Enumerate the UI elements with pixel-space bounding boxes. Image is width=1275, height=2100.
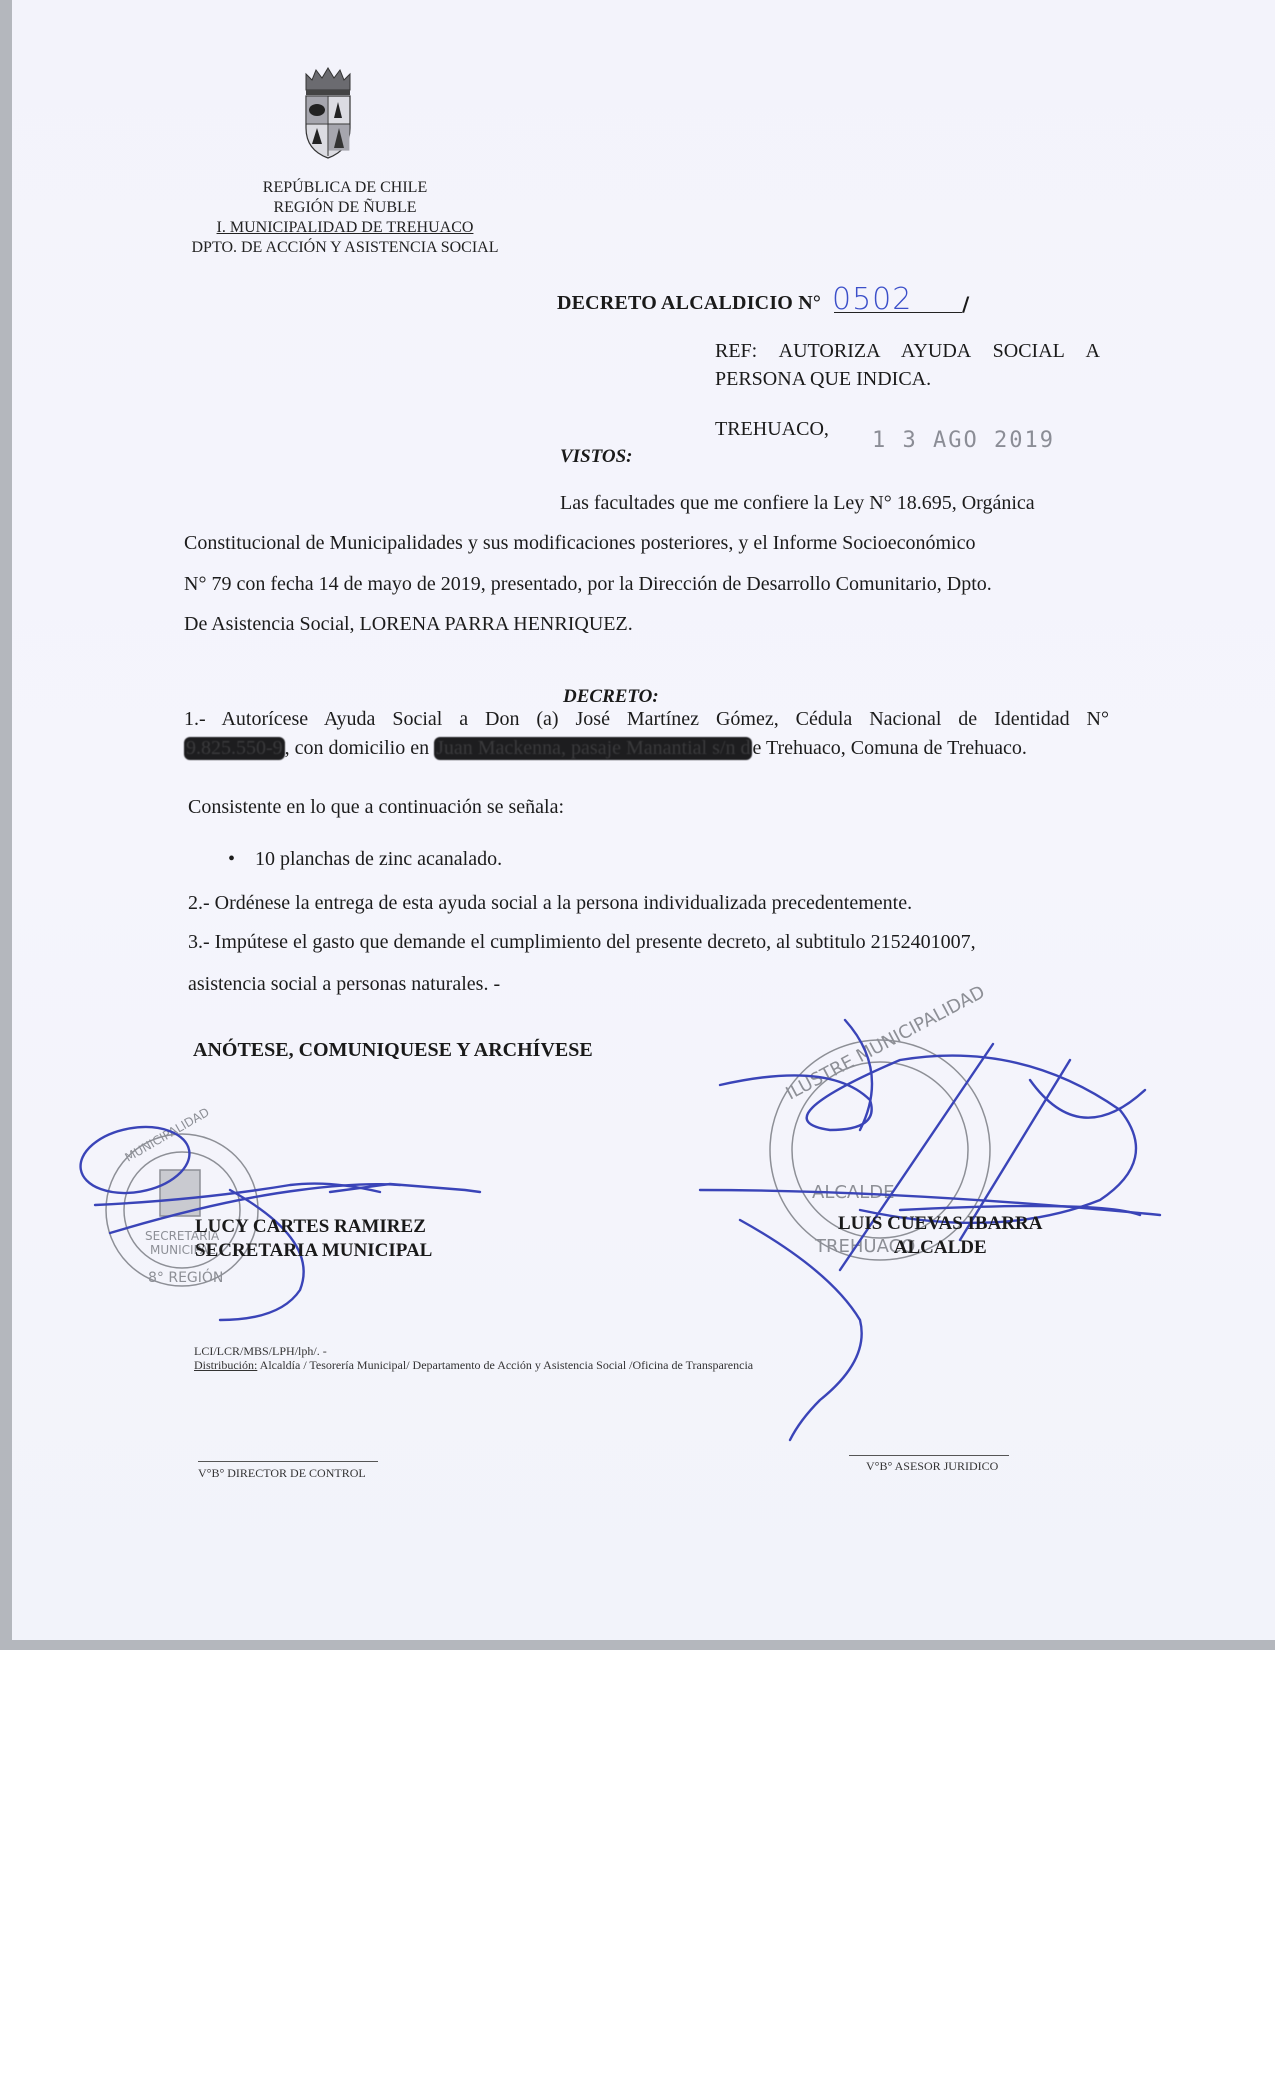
legal-approval-label: V°B° ASESOR JURIDICO — [866, 1459, 998, 1474]
decree-number-handwritten: 0502 — [832, 282, 912, 317]
municipal-coat-of-arms-icon — [298, 66, 358, 162]
consistente-text: Consistente en lo que a continuación se … — [188, 796, 564, 819]
vistos-line: N° 79 con fecha 14 de mayo de 2019, pres… — [184, 573, 992, 596]
vistos-line: Constitucional de Municipalidades y sus … — [184, 532, 975, 555]
vistos-line: Las facultades que me confiere la Ley N°… — [560, 492, 1035, 515]
decree-title: DECRETO ALCALDICIO N° — [557, 292, 821, 315]
secretary-signature-block: LUCY CARTES RAMIREZ SECRETARIA MUNICIPAL — [195, 1215, 432, 1263]
distribution-recipients: Alcaldía / Tesorería Municipal/ Departam… — [257, 1358, 753, 1372]
date-stamp: 1 3 AGO 2019 — [872, 428, 1055, 453]
decree-place: TREHUACO, — [715, 418, 829, 441]
legal-approval-line — [849, 1455, 1009, 1456]
decree-number-slash: / — [962, 292, 969, 316]
letterhead-region: REGIÓN DE ÑUBLE — [170, 198, 520, 218]
letterhead-department: DPTO. DE ACCIÓN Y ASISTENCIA SOCIAL — [170, 238, 520, 258]
control-approval-line — [198, 1461, 378, 1462]
bullet-icon: • — [228, 848, 255, 870]
article-1-line-1: 1.- Autorícese Ayuda Social a Don (a) Jo… — [184, 708, 1109, 731]
vistos-line: De Asistencia Social, LORENA PARRA HENRI… — [184, 613, 633, 636]
redacted-address: Juan Mackenna, pasaje Manantial s/n d — [434, 737, 752, 760]
article-1-end: e Trehuaco, Comuna de Trehuaco. — [752, 737, 1026, 759]
mayor-role: ALCALDE — [838, 1236, 1042, 1260]
aid-item: • 10 planchas de zinc acanalado. — [228, 848, 502, 871]
letterhead: REPÚBLICA DE CHILE REGIÓN DE ÑUBLE I. MU… — [170, 178, 520, 258]
article-3-line-1: 3.- Impútese el gasto que demande el cum… — [188, 931, 976, 954]
redacted-id-number: 9.825.550-9 — [184, 737, 285, 760]
decree-reference: REF: AUTORIZA AYUDA SOCIAL A PERSONA QUE… — [715, 337, 1100, 393]
vistos-heading: VISTOS: — [560, 446, 633, 468]
article-1-line-2: 9.825.550-9, con domicilio en Juan Macke… — [184, 737, 1027, 760]
distribution-list: Distribución: Alcaldía / Tesorería Munic… — [194, 1358, 753, 1373]
letterhead-municipality: I. MUNICIPALIDAD DE TREHUACO — [170, 218, 520, 238]
mayor-name: LUIS CUEVAS IBARRA — [838, 1212, 1042, 1236]
distribution-label: Distribución: — [194, 1358, 257, 1372]
decreto-heading: DECRETO: — [563, 686, 659, 708]
article-3-line-2: asistencia social a personas naturales. … — [188, 973, 500, 996]
control-approval-label: V°B° DIRECTOR DE CONTROL — [198, 1466, 366, 1481]
drafter-initials: LCI/LCR/MBS/LPH/lph/. - — [194, 1344, 327, 1359]
closing-formula: ANÓTESE, COMUNIQUESE Y ARCHÍVESE — [193, 1039, 593, 1062]
letterhead-country: REPÚBLICA DE CHILE — [170, 178, 520, 198]
secretary-name: LUCY CARTES RAMIREZ — [195, 1215, 432, 1239]
mayor-signature-block: LUIS CUEVAS IBARRA ALCALDE — [838, 1212, 1042, 1260]
secretary-role: SECRETARIA MUNICIPAL — [195, 1239, 432, 1263]
article-2: 2.- Ordénese la entrega de esta ayuda so… — [188, 892, 912, 915]
article-1-mid: , con domicilio en — [285, 737, 429, 759]
